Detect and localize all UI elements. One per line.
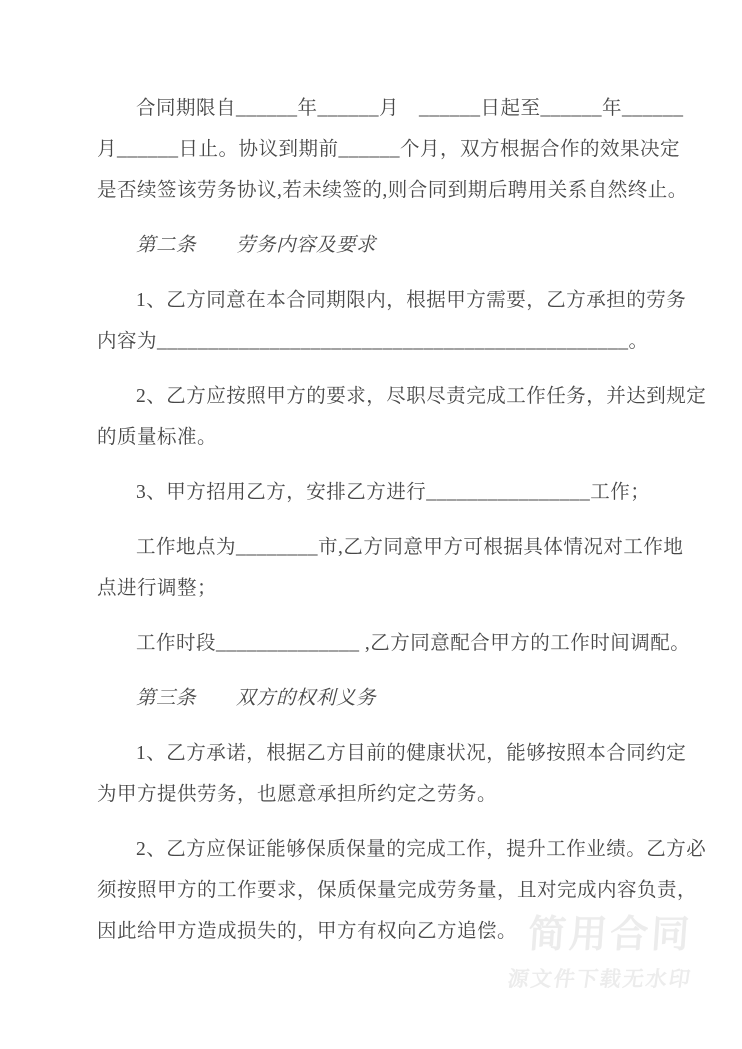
clause-party-b-promise: 1、乙方承诺，根据乙方目前的健康状况，能够按照本合同约定 为甲方提供劳务，也愿意… <box>97 733 649 815</box>
clause-contract-term: 合同期限自______年______月 ______日起至______年____… <box>97 88 649 211</box>
contract-line: 2、乙方应保证能够保质保量的完成工作，提升工作业绩。乙方必 <box>97 829 649 870</box>
clause-work-location: 工作地点为________市,乙方同意甲方可根据具体情况对工作地 点进行调整； <box>97 527 649 609</box>
contract-line: 1、乙方承诺，根据乙方目前的健康状况，能够按照本合同约定 <box>97 733 649 774</box>
contract-body: 合同期限自______年______月 ______日起至______年____… <box>97 88 649 952</box>
clause-work-arrangement: 3、甲方招用乙方，安排乙方进行________________工作； <box>97 472 649 513</box>
contract-line: 1、乙方同意在本合同期限内，根据甲方需要，乙方承担的劳务 <box>97 280 649 321</box>
clause-quality-standard: 2、乙方应按照甲方的要求，尽职尽责完成工作任务，并达到规定 的质量标准。 <box>97 376 649 458</box>
clause-work-hours: 工作时段______________ ,乙方同意配合甲方的工作时间调配。 <box>97 623 649 664</box>
heading-article-2: 第二条 劳务内容及要求 <box>97 225 649 266</box>
contract-line: 的质量标准。 <box>97 417 649 458</box>
contract-line: 因此给甲方造成损失的，甲方有权向乙方追偿。 <box>97 911 649 952</box>
section-heading: 第二条 劳务内容及要求 <box>97 225 649 266</box>
contract-line: 2、乙方应按照甲方的要求，尽职尽责完成工作任务，并达到规定 <box>97 376 649 417</box>
clause-labor-content: 1、乙方同意在本合同期限内，根据甲方需要，乙方承担的劳务 内容为________… <box>97 280 649 362</box>
contract-line: 点进行调整； <box>97 568 649 609</box>
contract-line: 须按照甲方的工作要求，保质保量完成劳务量，且对完成内容负责， <box>97 870 649 911</box>
contract-line: 内容为_____________________________________… <box>97 321 649 362</box>
section-heading: 第三条 双方的权利义务 <box>97 678 649 719</box>
contract-line: 工作地点为________市,乙方同意甲方可根据具体情况对工作地 <box>97 527 649 568</box>
clause-quality-guarantee: 2、乙方应保证能够保质保量的完成工作，提升工作业绩。乙方必 须按照甲方的工作要求… <box>97 829 649 952</box>
watermark-subtitle: 源文件下载无水印 <box>506 963 694 993</box>
contract-line: 合同期限自______年______月 ______日起至______年____… <box>97 88 649 129</box>
contract-line: 3、甲方招用乙方，安排乙方进行________________工作； <box>97 472 649 513</box>
contract-line: 是否续签该劳务协议,若未续签的,则合同到期后聘用关系自然终止。 <box>97 170 649 211</box>
contract-line: 月______日止。协议到期前______个月，双方根据合作的效果决定 <box>97 129 649 170</box>
contract-line: 为甲方提供劳务，也愿意承担所约定之劳务。 <box>97 774 649 815</box>
contract-document-page: 合同期限自______年______月 ______日起至______年____… <box>0 0 742 1049</box>
contract-line: 工作时段______________ ,乙方同意配合甲方的工作时间调配。 <box>97 623 649 664</box>
heading-article-3: 第三条 双方的权利义务 <box>97 678 649 719</box>
